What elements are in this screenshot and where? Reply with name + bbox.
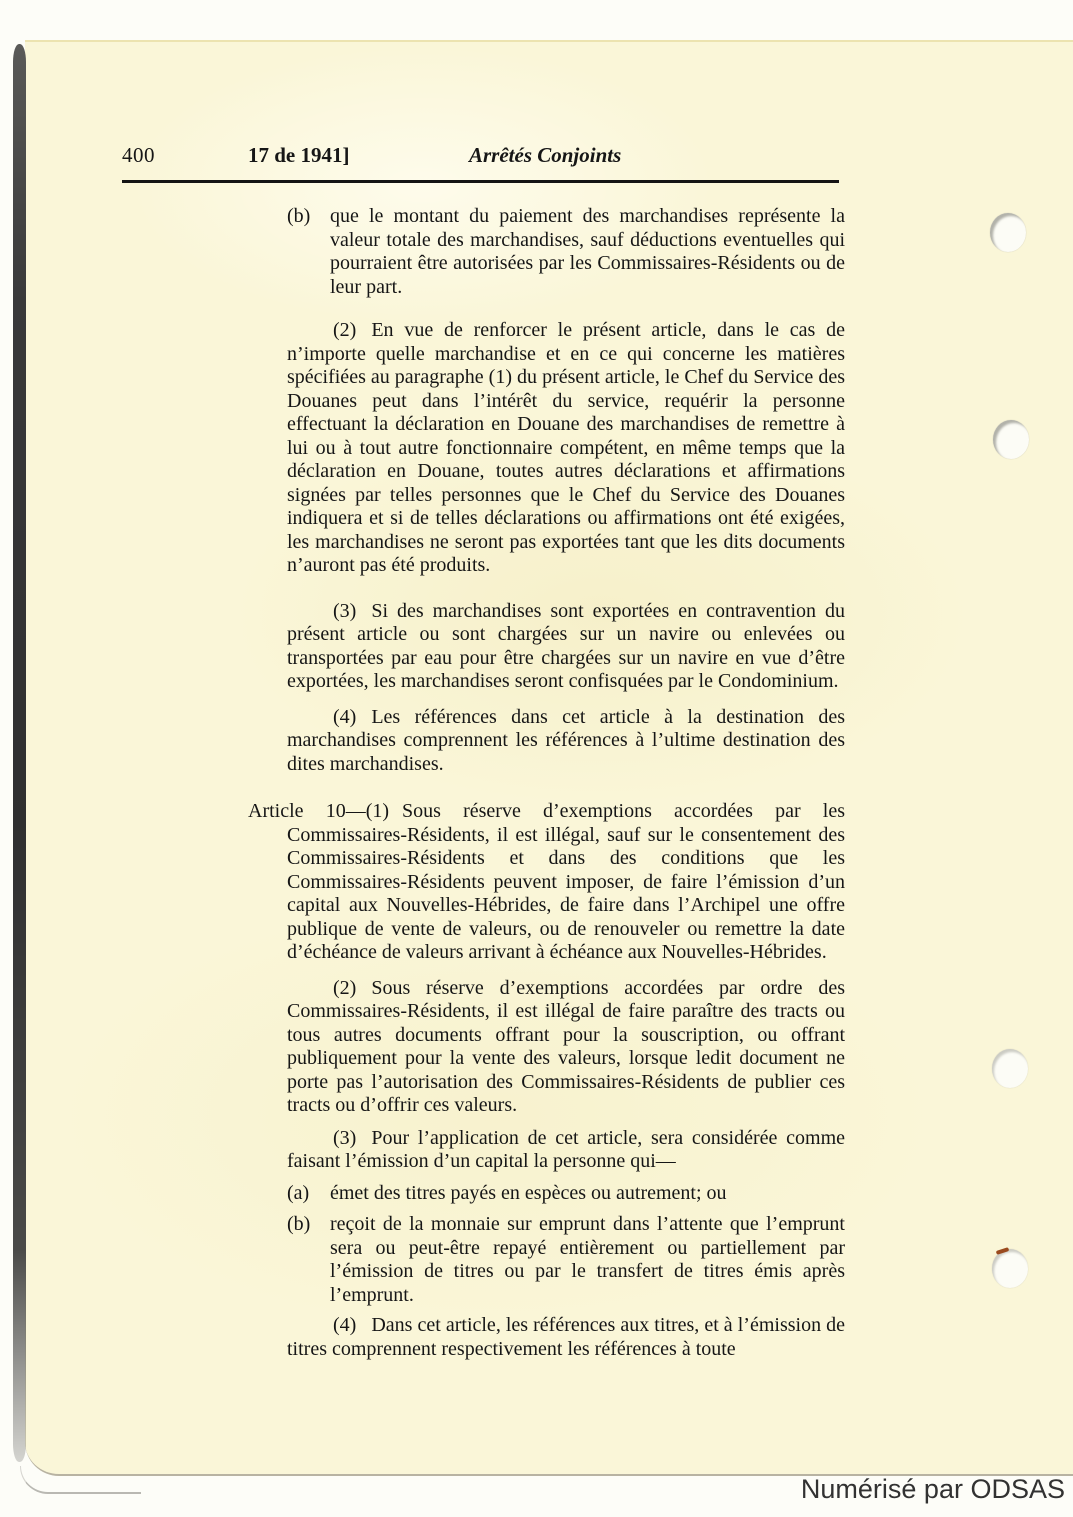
article-10-paragraph-2-text: Sous réserve d’exemptions accordées par … — [287, 977, 845, 1117]
scan-left-edge-shadow — [13, 44, 26, 1462]
paragraph-4-text: Les références dans cet article à la des… — [287, 706, 845, 775]
paragraph-4: (4)Les références dans cet article à la … — [287, 706, 845, 777]
article-10-paragraph-3-number: (3) — [333, 1127, 356, 1149]
clause-a-text: émet des titres payés en espèces ou autr… — [330, 1182, 727, 1204]
paragraph-3-text: Si des marchandises sont exportées en co… — [287, 600, 845, 693]
issue-reference: 17 de 1941] — [248, 143, 350, 168]
article-10-paragraph-3-text: Pour l’application de cet article, sera … — [287, 1127, 845, 1173]
punch-hole-4 — [992, 1249, 1028, 1288]
clause-b-label: (b) — [287, 205, 330, 229]
clause-b-text: que le montant du paiement des marchandi… — [330, 205, 845, 298]
article-10-text: Sous réserve d’exemptions accordées par … — [287, 800, 845, 963]
scanned-document-page: 400 17 de 1941] Arrêtés Conjoints (b)que… — [0, 0, 1073, 1517]
paragraph-2-number: (2) — [333, 319, 356, 341]
header-rule — [122, 180, 839, 183]
paragraph-2: (2)En vue de renforcer le présent articl… — [287, 319, 845, 578]
scan-credit: Numérisé par ODSAS — [801, 1474, 1065, 1505]
article-10-paragraph-4-text: Dans cet article, les références aux tit… — [287, 1314, 845, 1360]
punch-hole-2 — [993, 420, 1029, 459]
paragraph-2-text: En vue de renforcer le présent article, … — [287, 319, 845, 576]
paragraph-3: (3)Si des marchandises sont exportées en… — [287, 600, 845, 694]
paragraph-4-number: (4) — [333, 706, 356, 728]
article-10-paragraph-3: (3)Pour l’application de cet article, se… — [287, 1127, 845, 1174]
clause-a-label: (a) — [287, 1182, 330, 1206]
article-10-heading: Article 10—(1) — [248, 800, 389, 822]
article-10-paragraph-4: (4)Dans cet article, les références aux … — [287, 1314, 845, 1361]
page-number: 400 — [122, 143, 155, 168]
paper-bottom-corner-shadow — [20, 1466, 141, 1494]
punch-hole-3 — [992, 1049, 1028, 1088]
article-10-paragraph-2: (2)Sous réserve d’exemptions accordées p… — [287, 977, 845, 1118]
article-10-paragraph-4-number: (4) — [333, 1314, 356, 1336]
body-text-column: (b)que le montant du paiement des marcha… — [287, 205, 845, 1361]
article-10-paragraph-2-number: (2) — [333, 977, 356, 999]
clause-b2-text: reçoit de la monnaie sur emprunt dans l’… — [330, 1213, 845, 1306]
punch-hole-1 — [990, 213, 1026, 252]
clause-b2-label: (b) — [287, 1213, 330, 1237]
paragraph-3-number: (3) — [333, 600, 356, 622]
page-header: 400 17 de 1941] Arrêtés Conjoints — [122, 143, 839, 173]
clause-b2-paragraph: (b)reçoit de la monnaie sur emprunt dans… — [287, 1213, 845, 1307]
article-10-paragraph-1: Article 10—(1)Sous réserve d’exemptions … — [287, 800, 845, 965]
journal-title: Arrêtés Conjoints — [469, 143, 621, 168]
clause-a-paragraph: (a)émet des titres payés en espèces ou a… — [287, 1182, 845, 1206]
clause-b-paragraph: (b)que le montant du paiement des marcha… — [287, 205, 845, 299]
